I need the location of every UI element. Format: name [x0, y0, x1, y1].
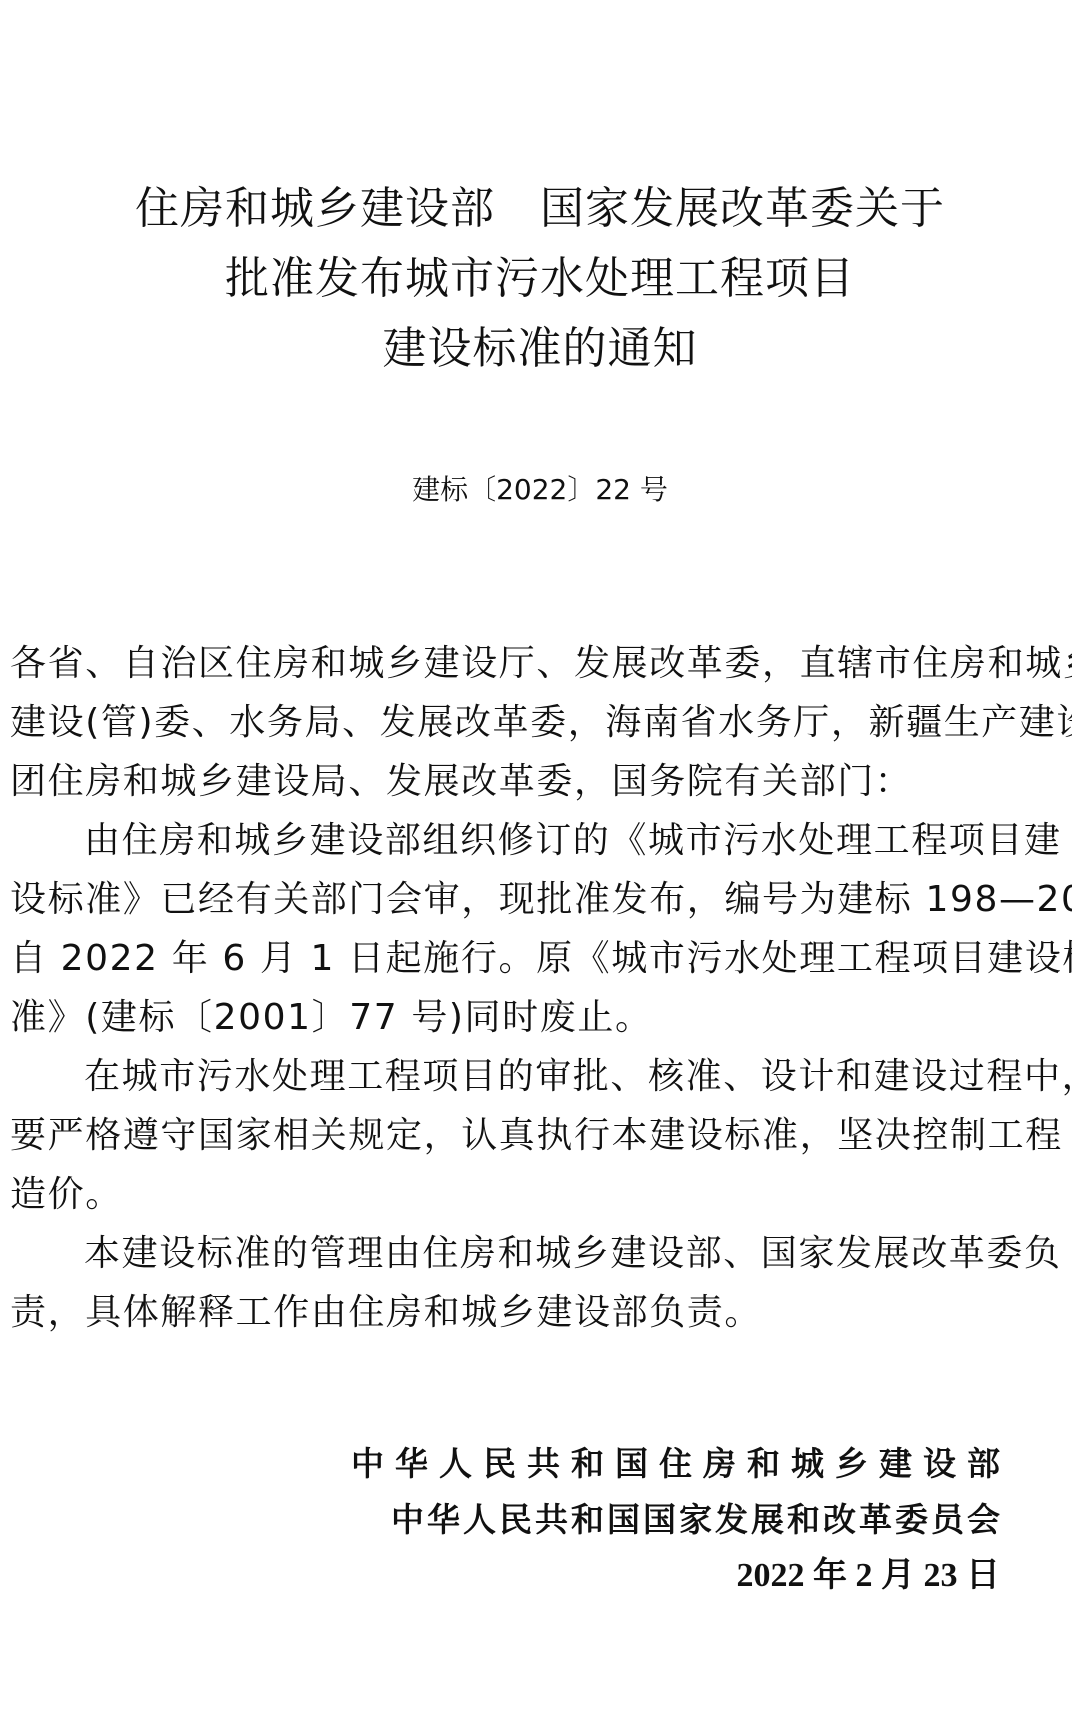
body-line-addressees-2: 建设(管)委、水务局、发展改革委，海南省水务厅，新疆生产建设兵: [10, 693, 1072, 752]
issuer-housing-ministry: 中华人民共和国住房和城乡建设部: [351, 1436, 1011, 1492]
body-line-para1-4: 准》(建标〔2001〕77 号)同时废止。: [10, 988, 1072, 1047]
body-line-addressees-1: 各省、自治区住房和城乡建设厅、发展改革委，直辖市住房和城乡: [10, 634, 1072, 693]
title-line-1: 住房和城乡建设部 国家发展改革委关于: [0, 174, 1080, 244]
body-line-para2-3: 造价。: [10, 1165, 1072, 1224]
signature-block: 中华人民共和国住房和城乡建设部 中华人民共和国国家发展和改革委员会 2022 年…: [351, 1436, 1000, 1604]
body-line-para3-1: 本建设标准的管理由住房和城乡建设部、国家发展改革委负: [10, 1224, 1072, 1283]
issuer-ndrc: 中华人民共和国国家发展和改革委员会: [351, 1492, 1003, 1548]
title-line-3: 建设标准的通知: [0, 314, 1080, 384]
body-line-para1-3: 自 2022 年 6 月 1 日起施行。原《城市污水处理工程项目建设标: [10, 929, 1072, 988]
title-line-2: 批准发布城市污水处理工程项目: [0, 244, 1080, 314]
body-line-para2-1: 在城市污水处理工程项目的审批、核准、设计和建设过程中，: [10, 1047, 1072, 1106]
body-line-para1-2: 设标准》已经有关部门会审，现批准发布，编号为建标 198—2022，: [10, 870, 1072, 929]
document-page: 住房和城乡建设部 国家发展改革委关于 批准发布城市污水处理工程项目 建设标准的通…: [0, 0, 1080, 1718]
document-body: 各省、自治区住房和城乡建设厅、发展改革委，直辖市住房和城乡 建设(管)委、水务局…: [10, 634, 1072, 1342]
body-line-para3-2: 责，具体解释工作由住房和城乡建设部负责。: [10, 1283, 1072, 1342]
body-line-para2-2: 要严格遵守国家相关规定，认真执行本建设标准，坚决控制工程: [10, 1106, 1072, 1165]
issue-date: 2022 年 2 月 23 日: [351, 1548, 1000, 1604]
document-number: 建标〔2022〕22 号: [0, 468, 1080, 512]
body-line-para1-1: 由住房和城乡建设部组织修订的《城市污水处理工程项目建: [10, 811, 1072, 870]
document-title: 住房和城乡建设部 国家发展改革委关于 批准发布城市污水处理工程项目 建设标准的通…: [0, 174, 1080, 384]
body-line-addressees-3: 团住房和城乡建设局、发展改革委，国务院有关部门：: [10, 752, 1072, 811]
